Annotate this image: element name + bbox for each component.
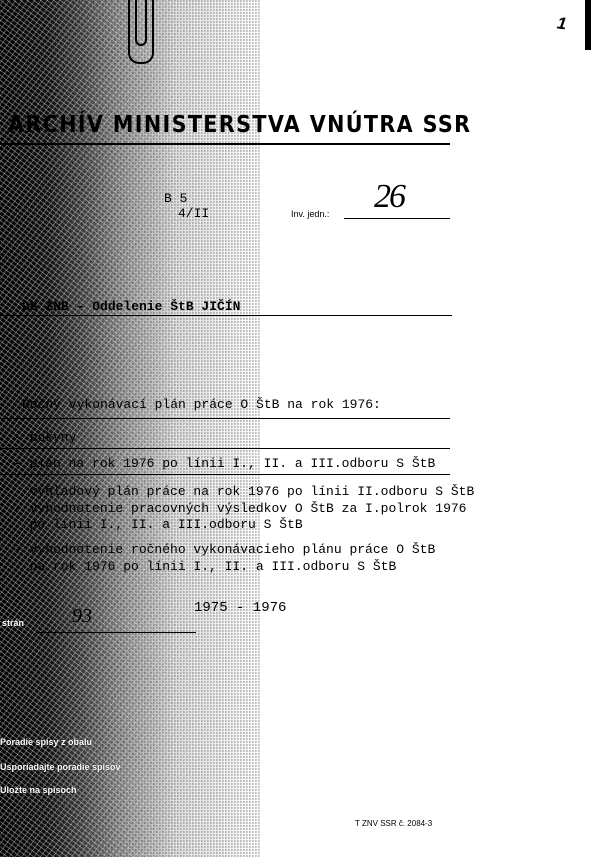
content-item: - vyhodnotenie ročného vykonávacieho plá… (14, 542, 435, 557)
side-note: Poradie spisy z obalu (0, 737, 92, 747)
content-rule (0, 418, 450, 419)
signature-line-2: 4/II (178, 206, 209, 221)
inventory-number: 26 (374, 178, 404, 216)
content-item: po línii I., II. a III.odboru S ŠtB (14, 517, 303, 532)
content-item: - vyhodnotenie pracovných výsledkov O Št… (14, 501, 466, 516)
side-note: Usporiadajte poradie spisov (0, 762, 121, 772)
inventory-rule (344, 218, 450, 219)
content-item: - výhľadový plán práce na rok 1976 po lí… (14, 484, 474, 499)
content-rule (0, 448, 450, 449)
content-item: - pokyny (14, 430, 76, 445)
side-note: Uložte na spisoch (0, 785, 77, 795)
title-rule (0, 143, 450, 145)
page-number: 1 (556, 13, 568, 34)
folio-rule (36, 632, 196, 633)
content-item: - plán na rok 1976 po línii I., II. a II… (14, 456, 435, 471)
content-rule (0, 474, 450, 475)
paperclip-icon (128, 0, 154, 64)
content-item: na rok 1976 po línii I., II. a III.odbor… (14, 559, 396, 574)
archive-title: ARCHÍV MINISTERSTVA VNÚTRA SSR (8, 112, 471, 138)
date-range: 1975 - 1976 (194, 600, 286, 616)
scan-edge (585, 0, 591, 50)
folio-label: strán (2, 618, 24, 628)
form-code: T ZNV SSR č. 2084-3 (355, 819, 432, 828)
folio-count: 93 (72, 605, 92, 628)
department-rule (0, 315, 452, 316)
content-heading: Ročný vykonávací plán práce O ŠtB na rok… (22, 397, 381, 412)
department: OS ZNB - Oddelenie ŠtB JIČÍN (22, 299, 240, 314)
signature-line-1: B 5 (164, 191, 187, 206)
inventory-label: Inv. jedn.: (291, 209, 329, 219)
